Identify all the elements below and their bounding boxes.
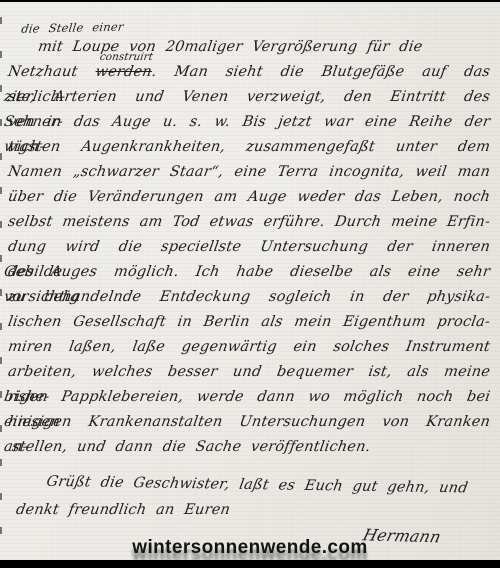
handwriting-line: ste, Arterien und Venen verzweigt, den E… [6,85,492,110]
handwriting-line: miren laßen, laße gegenwärtig ein solche… [6,335,492,360]
inserted-word: construirt [99,52,154,63]
handwriting-line: hiesigen Krankenanstalten Untersuchungen… [6,410,492,435]
handwriting-line: dung wird die speciellste Untersuchung d… [6,235,492,260]
handwriting-line: stellen, und dann die Sache veröffentlic… [6,435,492,460]
scanned-letter-page: die Stelle einermit Loupe von 20maliger … [0,0,500,568]
handwriting-line: tigsten Augenkrankheiten, zusammengefaßt… [6,135,492,160]
handwriting-line: arbeiten, welches besser und bequemer is… [6,360,492,385]
site-watermark: wintersonnenwende.com [0,537,500,559]
handwriting-line: Grüßt die Geschwister, laßt es Euch gut … [6,469,491,502]
handwriting-line: ven in das Auge u. s. w. Bis jetzt war e… [6,110,492,135]
handwriting-line: des Auges möglich. Ich habe dieselbe als… [6,260,492,285]
letter-lines: die Stelle einermit Loupe von 20maliger … [0,2,500,544]
handwriting-line: Netzhaut werdenconstruirt. Man sieht die… [6,60,492,85]
handwriting-line: mit Loupe von 20maliger Vergrößerung für… [6,35,492,60]
handwriting-line: rigen Pappklebereien, werde dann wo mögl… [6,385,492,410]
handwriting-line: lischen Gesellschaft in Berlin als mein … [6,310,492,335]
handwriting-line: über die Veränderungen am Auge weder das… [6,185,492,210]
struck-word: werdenconstruirt [94,64,153,80]
handwriting-line: selbst meistens am Tod etwas erführe. Du… [6,210,492,235]
bottom-black-bar [0,560,500,568]
handwriting-line: Namen „schwarzer Staar“, eine Terra inco… [6,160,492,185]
handwriting-line: zu behandelnde Entdeckung sogleich in de… [6,285,492,310]
